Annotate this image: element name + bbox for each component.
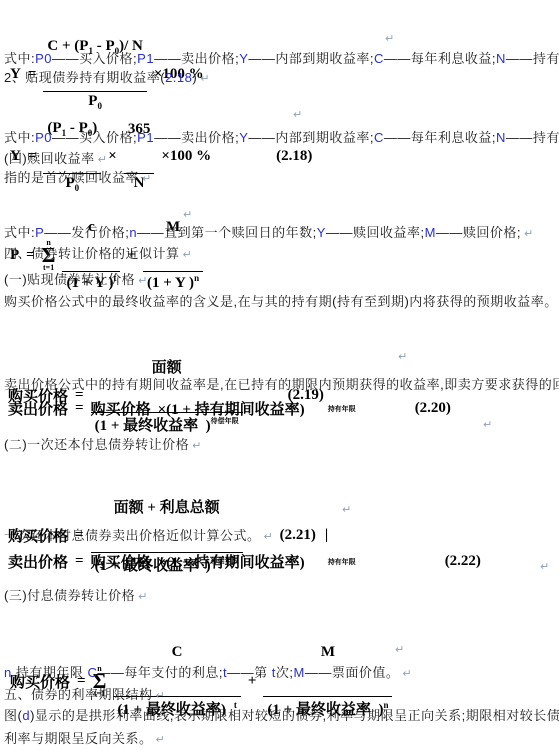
word-document-page[interactable]: Y = C + (P1 - P0)/ N P0 ×100 % ↵ 式中:P0——… (0, 0, 559, 750)
legend-line-call: 式中:P——发行价格;n——直到第一个赎回日的年数;Y——赎回收益率;M——赎回… (4, 224, 534, 242)
paragraph-mark: ↵ (192, 439, 202, 452)
fraction-numerator: C (113, 644, 241, 662)
paragraph-mark: ↵ (293, 108, 302, 121)
paragraph-mark: ↵ (138, 590, 148, 603)
exponent-n: n (194, 273, 199, 283)
heading-call-yield: (四)赎回收益率↵ (4, 150, 107, 168)
para-lump-sum-sell: 一次还本付息债券卖出价格近似计算公式。↵ (4, 527, 273, 545)
paragraph-mark: ↵ (342, 503, 351, 516)
equation-number: (2.18) (276, 148, 312, 165)
heading-discount-holding-yield: 2、贴现债券持有期收益率(2.18)↵ (4, 69, 210, 87)
formula-rhs: 购买价格 (91, 551, 151, 572)
legend-line-pn-2: 式中:P0——买入价格;P1——卖出价格;Y——内部到期收益率;C——每年利息收… (4, 129, 559, 146)
paragraph-mark: ↵ (138, 274, 148, 287)
paragraph-mark: ↵ (200, 72, 210, 85)
paragraph-mark: ↵ (398, 350, 407, 363)
equation-number: (2.20) (415, 400, 451, 417)
formula-lhs: 卖出价格 (8, 551, 68, 572)
legend-line-pn-1: 式中:P0——买入价格;P1——卖出价格;Y——内部到期收益率;C——每年利息收… (4, 50, 559, 67)
text-cursor: | (325, 527, 328, 544)
fraction-numerator: 面额 + 利息总额 (91, 496, 243, 518)
paragraph-mark: ↵ (540, 560, 549, 573)
paragraph-mark: ↵ (183, 248, 193, 261)
para-sell-price-meaning: 卖出价格公式中的持有期间收益率是,在已持有的期限内预期获得的收益率,即卖方要求获… (4, 376, 559, 394)
paragraph-mark: ↵ (524, 227, 534, 240)
equation-number: (2.22) (445, 553, 481, 570)
para-arched-curve-1: 图(d)显示的是拱形利率曲线,表示期限相对较短的债券,利率与期限呈正向关系;期限… (4, 707, 559, 724)
equals-sign: = (75, 400, 84, 417)
formula-2-22: 卖出价格 = 购买价格 ×(1 + 持有期间收益率) 持有年限 (2.22) (8, 551, 481, 572)
formula-rhs: 购买价格 (91, 398, 151, 419)
fraction-numerator: 面额 (91, 356, 243, 378)
para-arched-curve-2: 利率与期限呈反向关系。↵ (4, 730, 165, 748)
paragraph-mark: ↵ (183, 208, 192, 221)
equals-sign: = (75, 553, 84, 570)
exponent-holding-years: 持有年限 (328, 404, 356, 414)
para-buy-price-meaning: 购买价格公式中的最终收益率的含义是,在与其的持有期(持有至到期)内将获得的预期收… (4, 293, 559, 311)
heading-discount-transfer: (一)贴现债券转让价格↵ (4, 271, 148, 289)
heading-lump-sum-transfer: (二)一次还本付息债券转让价格↵ (4, 436, 202, 454)
formula-2-20: 卖出价格 = 购买价格 ×(1 + 持有期间收益率) 持有年限 (2.20) (8, 398, 451, 419)
exponent-holding-years: 持有年限 (328, 557, 356, 567)
legend-line-coupon: n 持有期年限 C——每年支付的利息;t——第 t次;M——票面价值。↵ (4, 664, 412, 682)
equation-number: (2.21) (280, 527, 316, 544)
paragraph-mark: ↵ (98, 153, 108, 166)
paragraph-mark: ↵ (142, 172, 152, 185)
paragraph-mark: ↵ (402, 667, 412, 680)
paragraph-mark: ↵ (156, 689, 166, 702)
fraction-numerator: M (263, 644, 392, 662)
heading-coupon-transfer: (三)付息债券转让价格↵ (4, 587, 148, 605)
times-100: ×100 % (161, 148, 211, 165)
paragraph-mark: ↵ (156, 733, 166, 746)
fraction-denominator: (1 + Y )n (143, 271, 203, 292)
formula-rhs: ×(1 + 持有期间收益率) (158, 551, 305, 572)
paragraph-mark: ↵ (395, 643, 404, 656)
times-sign: × (108, 148, 117, 165)
formula-rhs: ×(1 + 持有期间收益率) (158, 398, 305, 419)
heading-transfer-price: 四、债券转让价格的近似计算↵ (4, 245, 192, 263)
heading-term-structure: 五、债券的利率期限结构↵ (4, 686, 165, 704)
paragraph-mark: ↵ (385, 32, 394, 45)
paragraph-mark: ↵ (264, 530, 274, 543)
paragraph-mark: ↵ (483, 418, 492, 431)
formula-lhs: 卖出价格 (8, 398, 68, 419)
